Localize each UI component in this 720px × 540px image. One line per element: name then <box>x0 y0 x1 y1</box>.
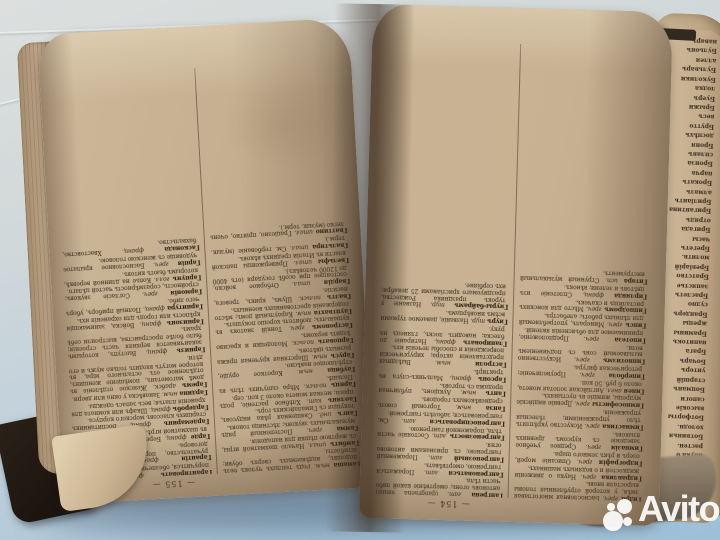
photo-background: БосфоръпроливъБостонъкарточн.Ботаниканау… <box>0 0 720 540</box>
avito-watermark-text: Avito <box>638 488 719 530</box>
right-page-column-1: Гидра греч. Баснословная многоглавая змѣ… <box>514 44 654 501</box>
avito-logo-circle-tiny <box>623 517 632 526</box>
right-page: — 154 — Гидра греч. Баснословная многогл… <box>359 4 673 526</box>
right-page-content: — 154 — Гидра греч. Баснословная многогл… <box>359 4 673 526</box>
avito-logo-circle-large <box>603 511 623 531</box>
avito-watermark: Avito <box>566 486 720 540</box>
left-page-column-1: Гамаша нѣм. Родъ теплыхъ чулокъ безъ под… <box>201 60 361 473</box>
avito-logo-circle-small <box>607 503 615 511</box>
left-page-column-2: Гарантировать франц. Ручаться, поручитьс… <box>52 68 218 481</box>
avito-logo-circle-medium <box>617 499 632 514</box>
right-page-column-2: Гангрена лат. (gangraena sinilis) антоно… <box>376 40 522 498</box>
